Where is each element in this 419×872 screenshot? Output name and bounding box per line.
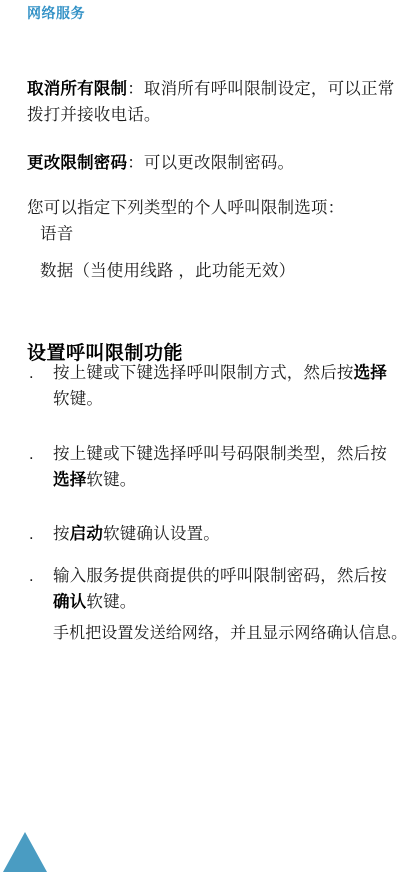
term-cancel-all: 取消所有限制 [27,80,127,98]
paragraph-change-password: 更改限制密码：可以更改限制密码。 [27,150,399,176]
softkey-confirm-label: 确认 [53,593,86,611]
term-change-password: 更改限制密码 [27,154,127,172]
step-marker: . [29,563,53,589]
step-marker: . [29,521,53,547]
step-item: . 按启动软键确认设置。 [29,521,398,547]
softkey-select-label: 选择 [53,471,86,489]
step-text: 按启动软键确认设置。 [53,521,398,547]
step-text-pre: 按上键或下键选择呼叫号码限制类型，然后按 [53,445,387,463]
paragraph-change-password-text: ：可以更改限制密码。 [127,154,294,172]
paragraph-options-intro: 您可以指定下列类型的个人呼叫限制选项： [27,195,399,221]
step-text-post: 软键。 [53,390,103,408]
step-text-pre: 按上键或下键选择呼叫限制方式，然后按 [53,364,354,382]
step-item: . 输入服务提供商提供的呼叫限制密码，然后按确认软键。 [29,563,398,615]
step-marker: . [29,441,53,467]
step-text-post: 软键确认设置。 [103,525,220,543]
option-voice: 语音 [40,221,400,247]
step-note: 手机把设置发送给网络，并且显示网络确认信息。 [53,621,417,647]
page-corner-triangle-icon [3,832,47,872]
step-text-post: 软键。 [86,593,136,611]
manual-page: 网络服务 取消所有限制：取消所有呼叫限制设定，可以正常拨打并接收电话。 更改限制… [0,0,419,872]
option-data: 数据（当使用线路 ，此功能无效） [40,258,400,284]
softkey-activate-label: 启动 [70,525,103,543]
softkey-select-label: 选择 [354,364,387,382]
step-text-post: 软键。 [86,471,136,489]
step-text: 输入服务提供商提供的呼叫限制密码，然后按确认软键。 [53,563,398,615]
step-marker: . [29,360,53,386]
paragraph-cancel-all: 取消所有限制：取消所有呼叫限制设定，可以正常拨打并接收电话。 [27,76,399,128]
step-item: . 按上键或下键选择呼叫限制方式，然后按选择软键。 [29,360,398,412]
step-text: 按上键或下键选择呼叫号码限制类型，然后按选择软键。 [53,441,398,493]
step-text-pre: 输入服务提供商提供的呼叫限制密码，然后按 [53,567,387,585]
step-text-pre: 按 [53,525,70,543]
step-item: . 按上键或下键选择呼叫号码限制类型，然后按选择软键。 [29,441,398,493]
step-text: 按上键或下键选择呼叫限制方式，然后按选择软键。 [53,360,398,412]
page-header: 网络服务 [27,3,85,23]
